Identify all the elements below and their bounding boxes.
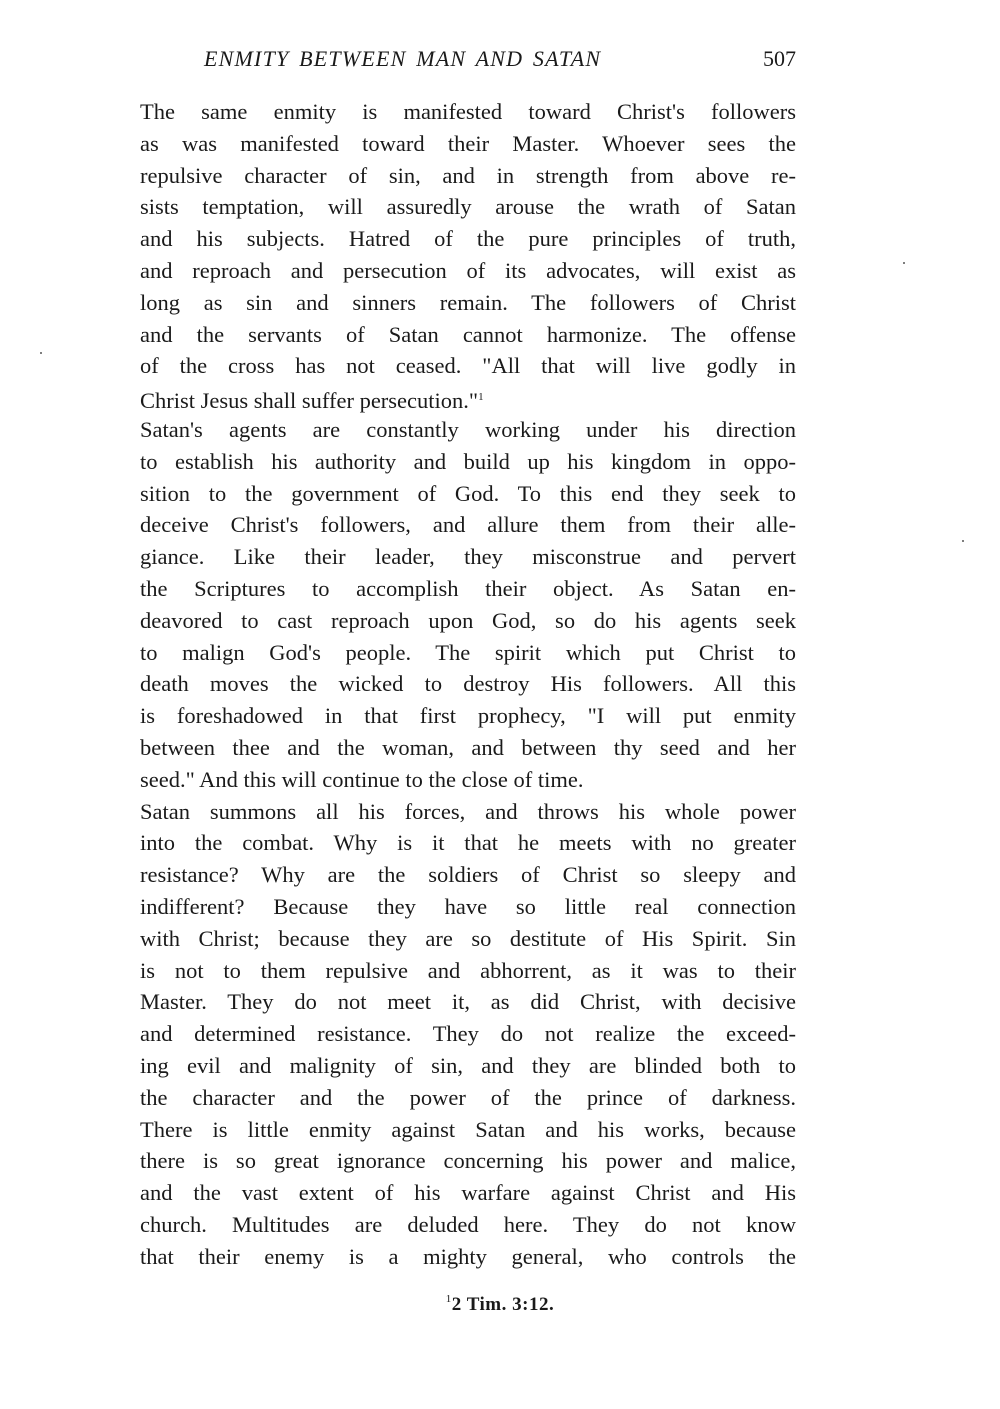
footnote-text: 2 Tim. 3:12. [452, 1294, 554, 1315]
text-line: and the servants of Satan cannot harmoni… [140, 319, 796, 351]
text-line: is not to them repulsive and abhorrent, … [140, 955, 796, 987]
text-line: to establish his authority and build up … [140, 446, 796, 478]
text-line: into the combat. Why is it that he meets… [140, 827, 796, 859]
running-head: ENMITY BETWEEN MAN AND SATAN 507 [140, 42, 796, 76]
running-title: ENMITY BETWEEN MAN AND SATAN [204, 42, 601, 76]
footnote: 12 Tim. 3:12. [0, 1285, 1000, 1319]
text-line: The same enmity is manifested toward Chr… [140, 96, 796, 128]
text-line: deavored to cast reproach upon God, so d… [140, 605, 796, 637]
text-line: Master. They do not meet it, as did Chri… [140, 986, 796, 1018]
line-text: Christ Jesus shall suffer persecution." [140, 388, 478, 413]
text-line: Satan summons all his forces, and throws… [140, 796, 796, 828]
text-line: ing evil and malignity of sin, and they … [140, 1050, 796, 1082]
body-text: The same enmity is manifested toward Chr… [140, 96, 796, 1272]
text-line: Satan's agents are constantly working un… [140, 414, 796, 446]
text-line: and his subjects. Hatred of the pure pri… [140, 223, 796, 255]
text-line: death moves the wicked to destroy His fo… [140, 668, 796, 700]
text-line: that their enemy is a mighty general, wh… [140, 1241, 796, 1273]
scan-speck [903, 262, 905, 264]
text-line: church. Multitudes are deluded here. The… [140, 1209, 796, 1241]
text-line: sists temptation, will assuredly arouse … [140, 191, 796, 223]
page-number: 507 [763, 42, 796, 76]
text-line: of the cross has not ceased. "All that w… [140, 350, 796, 382]
text-line: there is so great ignorance concerning h… [140, 1145, 796, 1177]
text-line: Christ Jesus shall suffer persecution."1 [140, 382, 796, 414]
text-line: between thee and the woman, and between … [140, 732, 796, 764]
text-line: sition to the government of God. To this… [140, 478, 796, 510]
text-line: repulsive character of sin, and in stren… [140, 160, 796, 192]
text-line: and the vast extent of his warfare again… [140, 1177, 796, 1209]
text-line: is foreshadowed in that first prophecy, … [140, 700, 796, 732]
text-line: seed." And this will continue to the clo… [140, 764, 796, 796]
text-line: resistance? Why are the soldiers of Chri… [140, 859, 796, 891]
line-text: The same enmity is manifested toward Chr… [140, 99, 796, 124]
text-line: and determined resistance. They do not r… [140, 1018, 796, 1050]
scan-speck [40, 352, 42, 354]
text-line: deceive Christ's followers, and allure t… [140, 509, 796, 541]
text-line: the Scriptures to accomplish their objec… [140, 573, 796, 605]
text-line: and reproach and persecution of its advo… [140, 255, 796, 287]
scan-speck [962, 540, 964, 542]
book-page: ENMITY BETWEEN MAN AND SATAN 507 The sam… [0, 0, 1000, 1409]
text-line: There is little enmity against Satan and… [140, 1114, 796, 1146]
footnote-reference[interactable]: 1 [478, 391, 484, 403]
text-line: long as sin and sinners remain. The foll… [140, 287, 796, 319]
text-line: the character and the power of the princ… [140, 1082, 796, 1114]
text-line: indifferent? Because they have so little… [140, 891, 796, 923]
text-line: as was manifested toward their Master. W… [140, 128, 796, 160]
text-line: to malign God's people. The spirit which… [140, 637, 796, 669]
text-line: with Christ; because they are so destitu… [140, 923, 796, 955]
text-line: giance. Like their leader, they misconst… [140, 541, 796, 573]
